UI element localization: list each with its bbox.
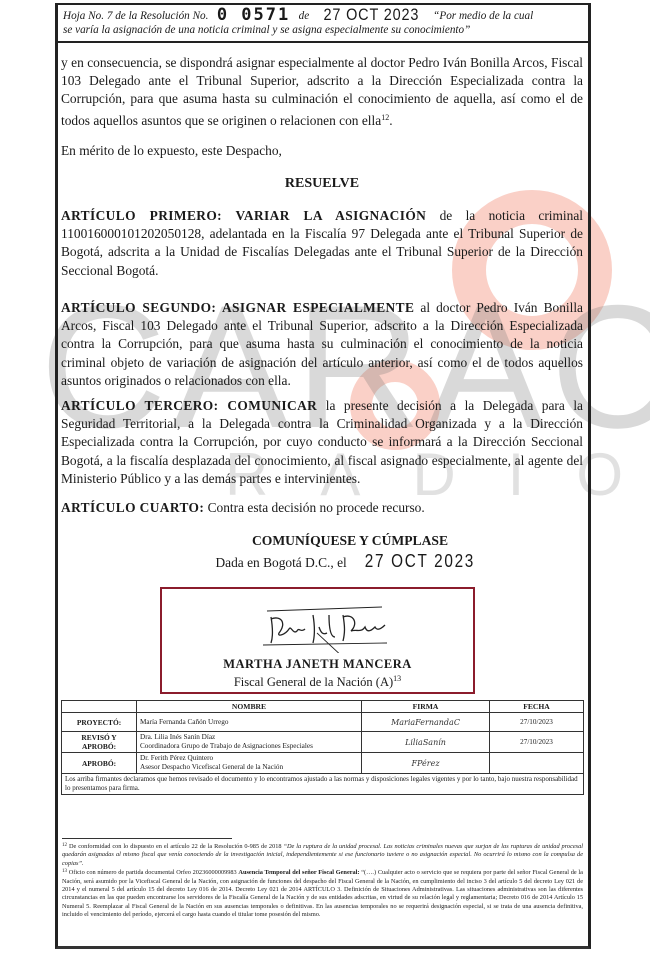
row-name-line1: María Fernanda Cañón Urrego xyxy=(140,718,358,727)
row-name-line1: Dra. Lilia Inés Sanín Díaz xyxy=(140,733,358,742)
header-prefix: Hoja No. 7 de la Resolución No. xyxy=(63,10,208,22)
col-header-date: FECHA xyxy=(490,701,584,713)
row-role: PROYECTÓ: xyxy=(62,713,137,732)
declaration-text: Los arriba firmantes declaramos que hemo… xyxy=(62,774,584,795)
row-signature: LiliaSanín xyxy=(362,732,490,753)
row-signature: FPérez xyxy=(362,753,490,774)
footnote-ref-12: 12 xyxy=(381,113,389,122)
table-row: REVISÓ Y APROBÓ: Dra. Lilia Inés Sanín D… xyxy=(62,732,584,753)
footnote-13-rest: “(….) Cualquier acto o servicio que se r… xyxy=(62,869,583,918)
resolution-number: 0 0571 xyxy=(217,5,290,25)
footnote-13: 13 Oficio con número de partida document… xyxy=(62,868,583,919)
table-header-row: NOMBRE FIRMA FECHA xyxy=(62,701,584,713)
approvals-table: NOMBRE FIRMA FECHA PROYECTÓ: María Ferna… xyxy=(61,700,584,795)
table-row: PROYECTÓ: María Fernanda Cañón Urrego Ma… xyxy=(62,713,584,732)
signature-box: MARTHA JANETH MANCERA Fiscal General de … xyxy=(160,587,475,694)
closing-date-stamp: 27 OCT 2023 xyxy=(364,551,474,572)
row-date: 27/10/2023 xyxy=(490,713,584,732)
intro-paragraph: y en consecuencia, se dispondrá asignar … xyxy=(61,54,583,130)
header-date-stamp: 27 OCT 2023 xyxy=(323,8,419,22)
footnote-divider xyxy=(62,838,232,839)
signer-title: Fiscal General de la Nación (A)13 xyxy=(162,674,473,690)
header-line-1: Hoja No. 7 de la Resolución No. 0 0571 d… xyxy=(63,8,583,23)
col-header-role xyxy=(62,701,137,713)
intro-text: y en consecuencia, se dispondrá asignar … xyxy=(61,55,583,128)
article-4-heading: ARTÍCULO CUARTO: xyxy=(61,500,204,515)
article-4-text: Contra esta decisión no procede recurso. xyxy=(204,500,425,515)
closing-line-2: Dada en Bogotá D.C., el27 OCT 2023 xyxy=(200,551,500,572)
row-signature: MariaFernandaC xyxy=(362,713,490,732)
row-name-line1: Dr. Ferith Pérez Quintero xyxy=(140,754,358,763)
footnote-13-text: Oficio con número de partida documental … xyxy=(67,869,238,876)
row-date xyxy=(490,753,584,774)
row-name: Dra. Lilia Inés Sanín Díaz Coordinadora … xyxy=(137,732,362,753)
closing-line-1: COMUNÍQUESE Y CÚMPLASE xyxy=(200,533,500,549)
row-name: María Fernanda Cañón Urrego xyxy=(137,713,362,732)
handwritten-signature-icon xyxy=(257,603,392,653)
col-header-signature: FIRMA xyxy=(362,701,490,713)
footnote-12: 12 De conformidad con lo dispuesto en el… xyxy=(62,842,583,868)
article-3: ARTÍCULO TERCERO: COMUNICAR la presente … xyxy=(61,397,583,488)
article-2: ARTÍCULO SEGUNDO: ASIGNAR ESPECIALMENTE … xyxy=(61,299,583,390)
article-1: ARTÍCULO PRIMERO: VARIAR LA ASIGNACIÓN d… xyxy=(61,207,583,280)
resuelve-heading: RESUELVE xyxy=(61,176,583,192)
header-subject-2: se varía la asignación de una noticia cr… xyxy=(63,23,583,37)
given-in-text: Dada en Bogotá D.C., el xyxy=(215,555,346,570)
row-name: Dr. Ferith Pérez Quintero Asesor Despach… xyxy=(137,753,362,774)
row-date: 27/10/2023 xyxy=(490,732,584,753)
intro-end: . xyxy=(389,113,392,128)
merit-line: En mérito de lo expuesto, este Despacho, xyxy=(61,142,583,160)
col-header-name: NOMBRE xyxy=(137,701,362,713)
declaration-row: Los arriba firmantes declaramos que hemo… xyxy=(62,774,584,795)
article-1-heading: ARTÍCULO PRIMERO: VARIAR LA ASIGNACIÓN xyxy=(61,208,426,223)
closing-block: COMUNÍQUESE Y CÚMPLASE Dada en Bogotá D.… xyxy=(200,533,500,572)
article-3-heading: ARTÍCULO TERCERO: COMUNICAR xyxy=(61,398,317,413)
signer-title-text: Fiscal General de la Nación (A) xyxy=(234,675,393,689)
table-row: APROBÓ: Dr. Ferith Pérez Quintero Asesor… xyxy=(62,753,584,774)
signer-name: MARTHA JANETH MANCERA xyxy=(162,657,473,672)
footnote-ref-13: 13 xyxy=(393,674,401,683)
footnotes: 12 De conformidad con lo dispuesto en el… xyxy=(62,842,583,920)
article-2-heading: ARTÍCULO SEGUNDO: ASIGNAR ESPECIALMENTE xyxy=(61,300,414,315)
row-role: APROBÓ: xyxy=(62,753,137,774)
header-subject-1: “Por medio de la cual xyxy=(433,10,533,22)
footnote-13-bold: Ausencia Temporal del señor Fiscal Gener… xyxy=(238,869,359,876)
footnote-12-text: De conformidad con lo dispuesto en el ar… xyxy=(67,843,283,850)
row-name-line2: Asesor Despacho Vicefiscal General de la… xyxy=(140,763,358,772)
header-de: de xyxy=(299,10,310,22)
row-role: REVISÓ Y APROBÓ: xyxy=(62,732,137,753)
article-4: ARTÍCULO CUARTO: Contra esta decisión no… xyxy=(61,499,583,517)
row-name-line2: Coordinadora Grupo de Trabajo de Asignac… xyxy=(140,742,358,751)
page-header: Hoja No. 7 de la Resolución No. 0 0571 d… xyxy=(55,3,591,43)
